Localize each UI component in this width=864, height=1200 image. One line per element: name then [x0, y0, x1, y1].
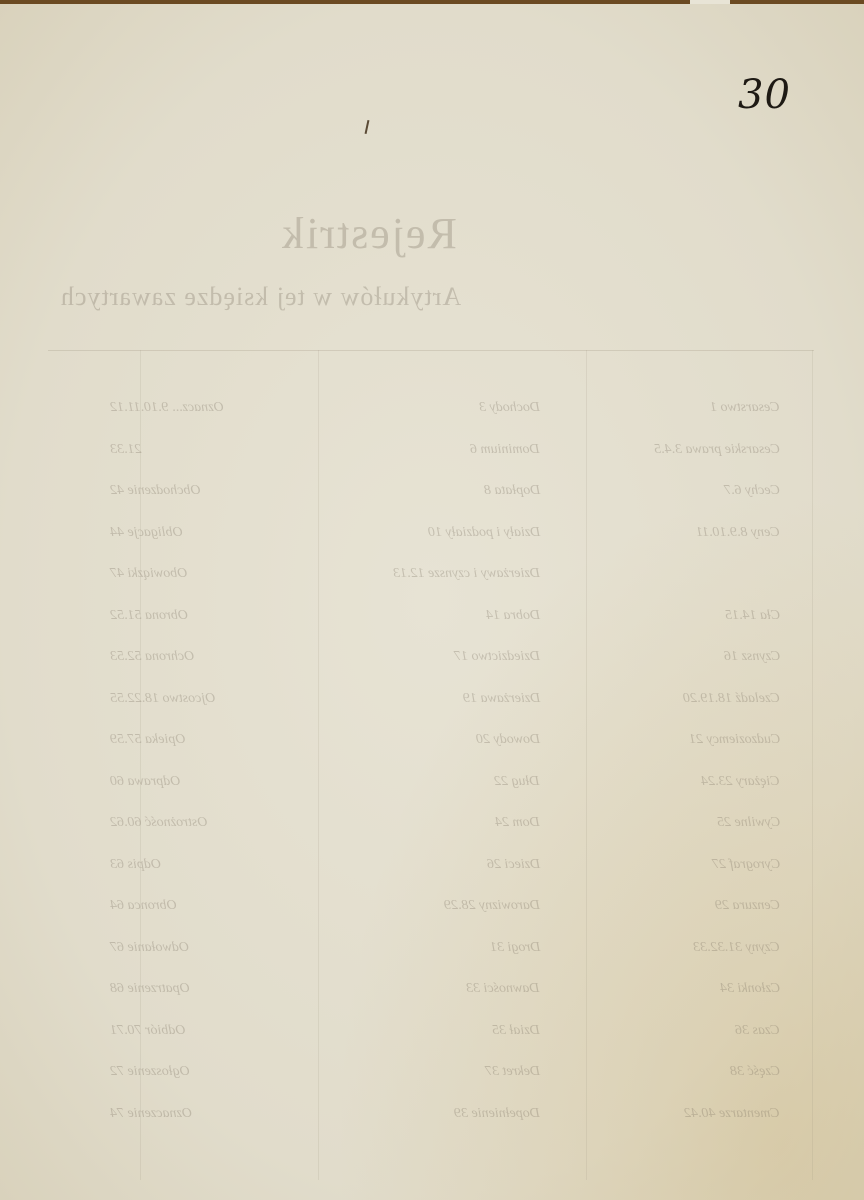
register-entry: Cywilne 25 — [717, 815, 780, 831]
register-entry: Odpis 63 — [110, 857, 161, 873]
register-entry: Opatrzenie 68 — [110, 981, 190, 997]
register-entry: Ciężary 23.24 — [701, 774, 780, 790]
register-entry: Drogi 31 — [490, 940, 540, 956]
register-entry: Dziedzictwo 17 — [454, 649, 540, 665]
register-entry: Ceny 8.9.10.11 — [696, 525, 780, 541]
register-entry: Cenzura 29 — [715, 898, 780, 914]
register-entry: Dział 35 — [492, 1023, 540, 1039]
register-entry: Darowizny 28.29 — [444, 898, 540, 914]
page-number: 30 — [738, 72, 791, 118]
register-entry: Cudzoziemcy 21 — [689, 732, 780, 748]
register-entry: Cła 14.15 — [725, 608, 780, 624]
register-entry: Dzieci 26 — [487, 857, 540, 873]
bleed-through-title: Rejestrik — [280, 208, 457, 259]
register-entry: Cesarskie prawa 3.4.5 — [654, 442, 780, 458]
register-entry: Cesarstwo 1 — [710, 400, 780, 416]
register-frame — [48, 350, 814, 1181]
register-entry: Czeladź 18.19.20 — [683, 691, 780, 707]
register-entry: Dobra 14 — [486, 608, 540, 624]
register-entry: Dekret 37 — [485, 1064, 540, 1080]
register-entry: Dowody 20 — [476, 732, 540, 748]
register-entry: Cechy 6.7 — [724, 483, 780, 499]
ink-mark — [365, 120, 370, 134]
register-entry: Członki 34 — [720, 981, 780, 997]
page-top-edge — [0, 0, 864, 4]
register-entry: Dopłata 8 — [484, 483, 540, 499]
register-entry: Ostrożność 60.62 — [110, 815, 208, 831]
bleed-through-subtitle: Artykułów w tej księdze zawartych — [60, 282, 461, 312]
register-entry: Odprawa 60 — [110, 774, 180, 790]
register-entry: Część 38 — [730, 1064, 780, 1080]
register-entry: Opieka 57.59 — [110, 732, 185, 748]
register-entry: Oznaczenie 74 — [110, 1106, 192, 1122]
register-entry: Obrona 51.52 — [110, 608, 188, 624]
register-entry: Czynsz 16 — [724, 649, 780, 665]
register-entry: Dom 24 — [495, 815, 540, 831]
register-entry: Cmentarze 40.42 — [684, 1106, 780, 1122]
register-entry: Obowiązki 47 — [110, 566, 187, 582]
register-entry: Ochrona 52.53 — [110, 649, 194, 665]
register-entry: Dług 22 — [494, 774, 540, 790]
manuscript-page: 30 Rejestrik Artykułów w tej księdze zaw… — [0, 0, 864, 1200]
register-entry: Odwołanie 67 — [110, 940, 189, 956]
register-entry: Ojcostwo 18.22.55 — [110, 691, 215, 707]
register-entry: 21.33 — [110, 442, 142, 458]
register-entry: Obchodzenie 42 — [110, 483, 201, 499]
register-entry: Dopełnienie 39 — [454, 1106, 540, 1122]
register-entry: Dzierżawy i czynsze 12.13 — [393, 566, 540, 582]
register-entry: Dominium 6 — [470, 442, 540, 458]
register-entry: Dochody 3 — [479, 400, 540, 416]
register-entry: Obronca 64 — [110, 898, 177, 914]
register-entry: Dzierżawa 19 — [463, 691, 540, 707]
register-entry: Działy i podziały 10 — [428, 525, 540, 541]
register-entry: Dawności 33 — [466, 981, 540, 997]
register-entry: Oznacz... 9.10.11.12 — [110, 400, 224, 416]
register-entry: Czyny 31.32.33 — [693, 940, 780, 956]
register-entry: Odbiór 70.71 — [110, 1023, 185, 1039]
register-entry: Obligacje 44 — [110, 525, 183, 541]
register-entry: Czas 36 — [735, 1023, 780, 1039]
register-entry: Ogłoszenie 72 — [110, 1064, 190, 1080]
register-entry: Cyrograf 27 — [712, 857, 780, 873]
